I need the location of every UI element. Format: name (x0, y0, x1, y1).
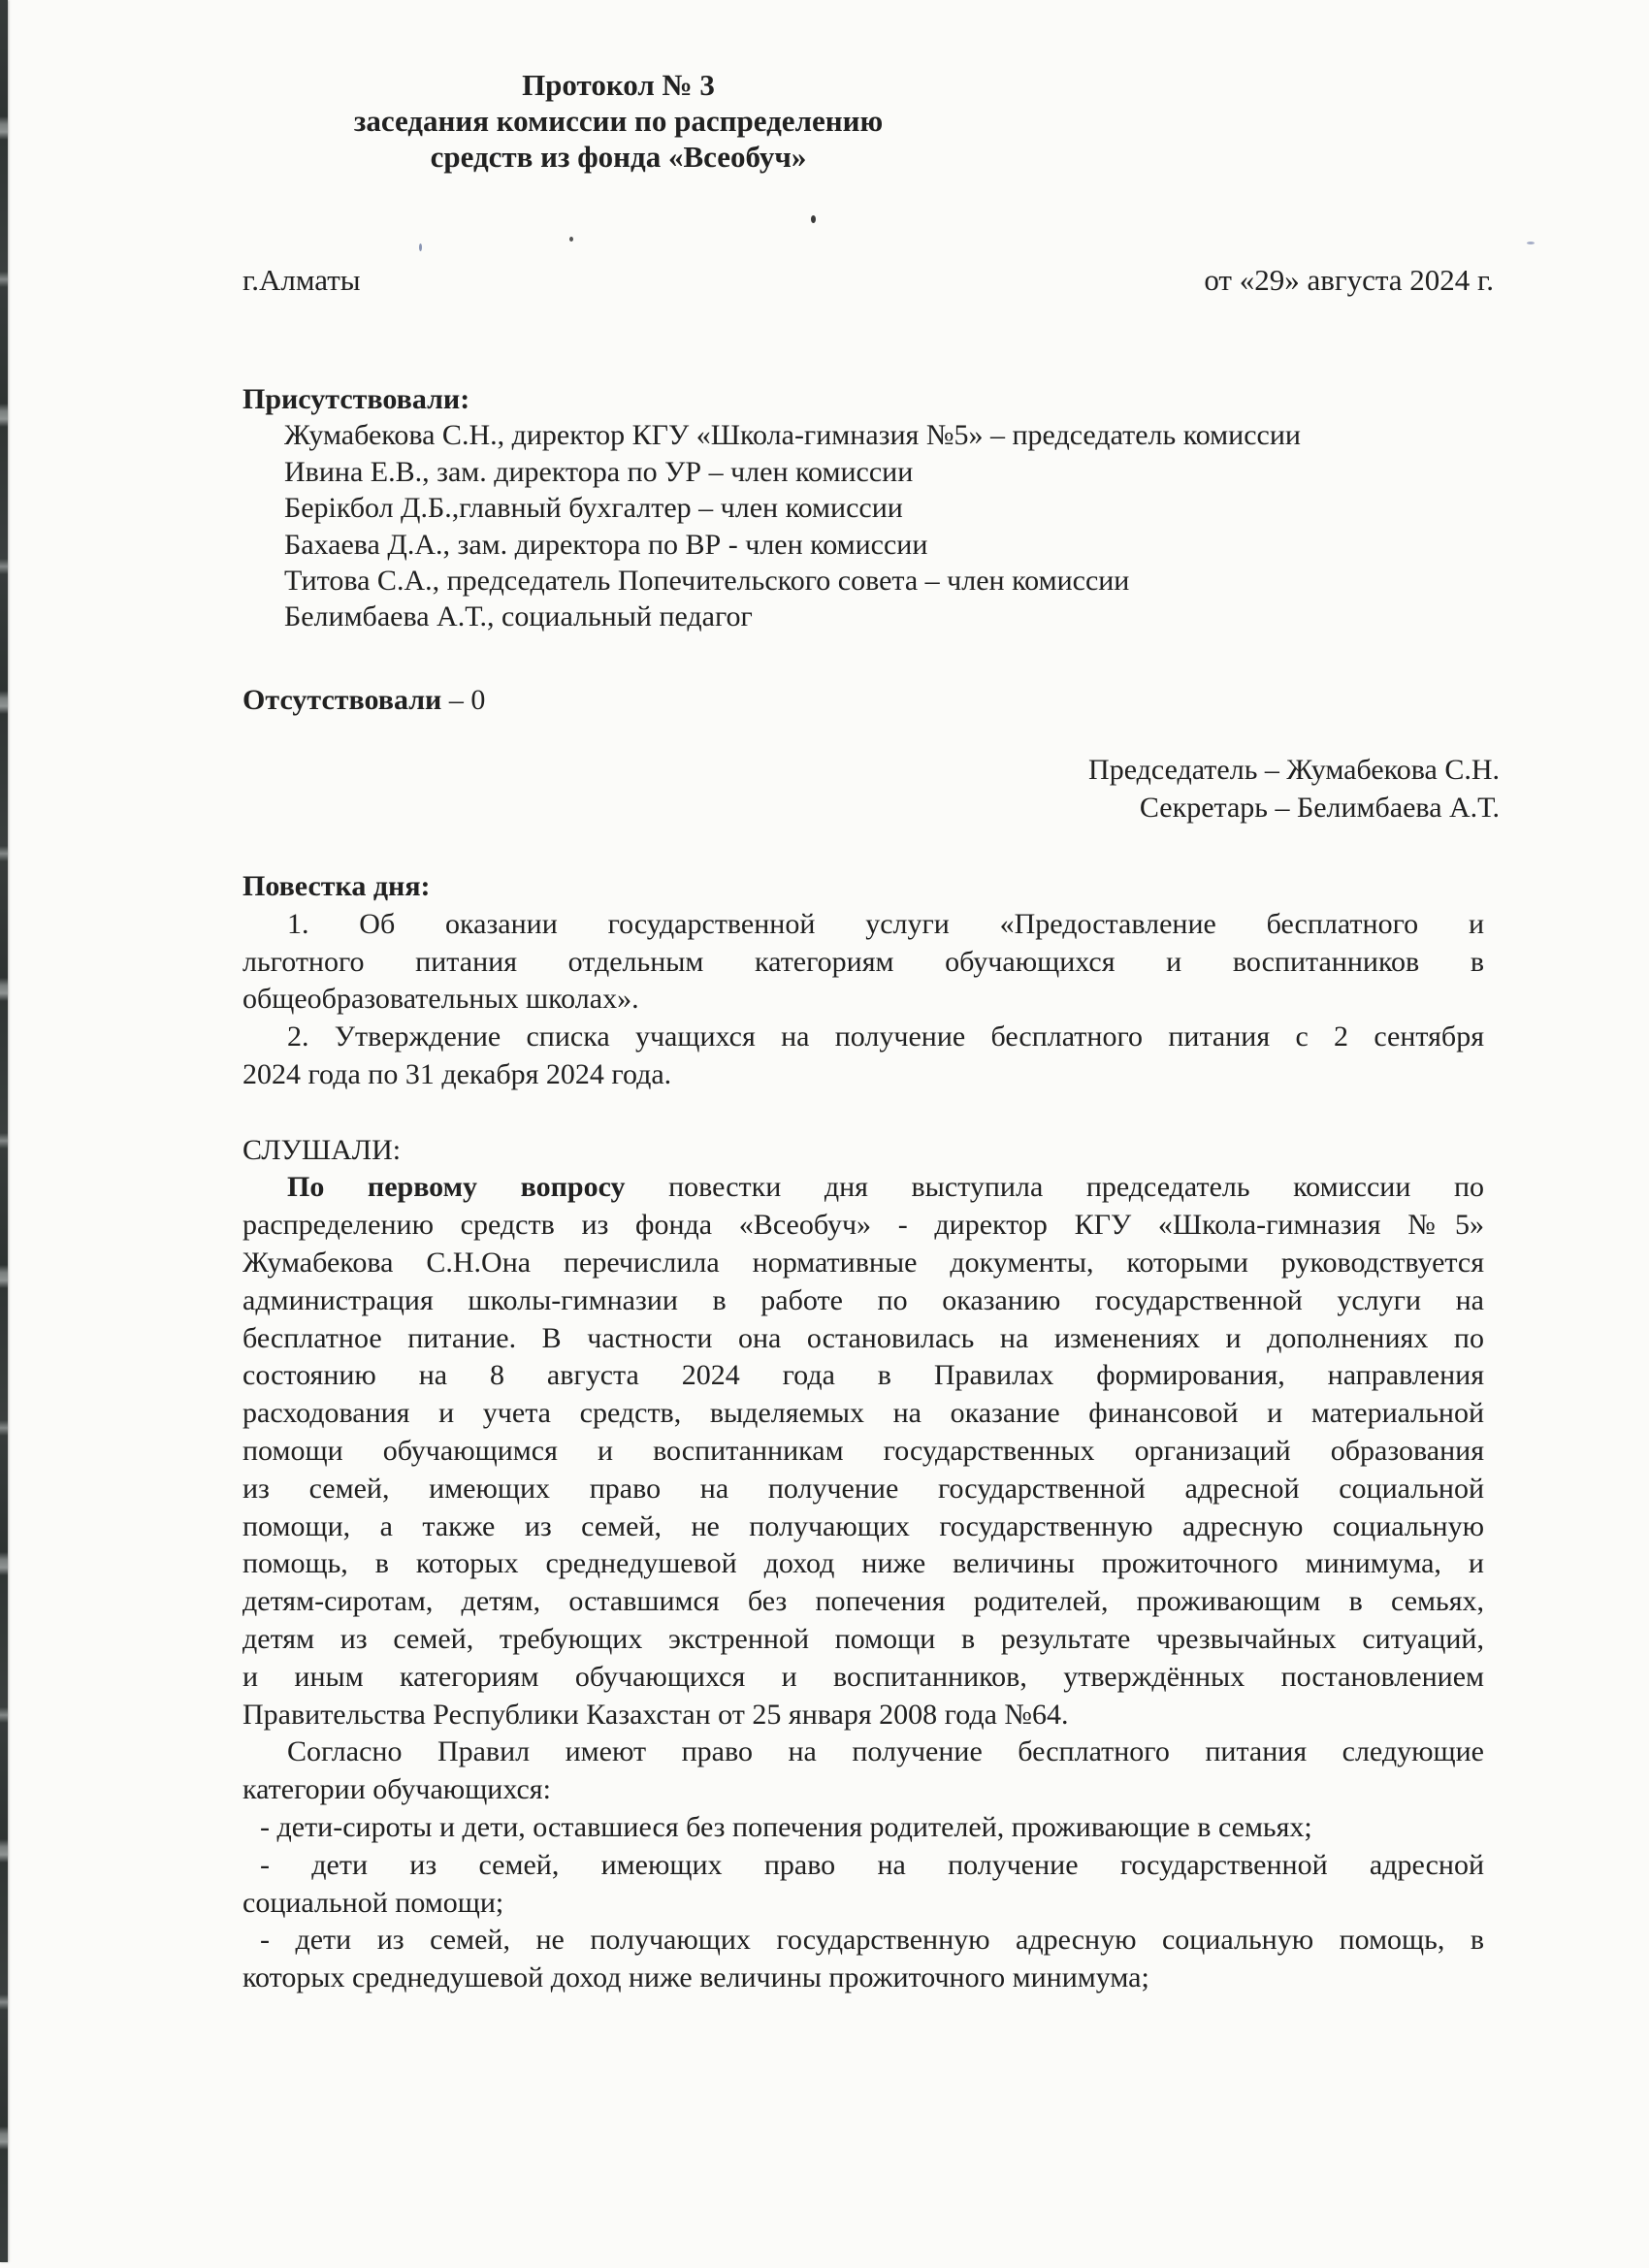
text-line: 2024 года по 31 декабря 2024 года. (242, 1056, 1484, 1094)
slushali-heading: СЛУШАЛИ: (242, 1132, 1484, 1170)
secretary-line: Секретарь – Белимбаева А.Т. (1088, 790, 1500, 827)
text-line: помощи, а также из семей, не получающих … (242, 1508, 1484, 1546)
text-line: состоянию на 8 августа 2024 года в Прави… (242, 1357, 1484, 1395)
text-line: Белимбаева А.Т., социальный педагог (284, 599, 1533, 634)
text-line: - дети из семей, не получающих государст… (242, 1922, 1484, 1960)
category-bullet-2: - дети из семей, имеющих право на получе… (242, 1847, 1484, 1923)
text-line: Берікбол Д.Б.,главный бухгалтер – член к… (284, 490, 1533, 526)
text-line: бесплатное питание. В частности она оста… (242, 1320, 1484, 1358)
agenda-item-1: 1. Об оказании государственной услуги «П… (242, 906, 1484, 1019)
title-line: Протокол № 3 (0, 67, 1237, 103)
text-line: Ивина Е.В., зам. директора по УР – член … (284, 454, 1533, 490)
text-line: 2. Утверждение списка учащихся на получе… (242, 1019, 1484, 1056)
text-line: Титова С.А., председатель Попечительског… (284, 563, 1533, 599)
title-line: заседания комиссии по распределению (0, 103, 1237, 139)
text-line: льготного питания отдельным категориям о… (242, 944, 1484, 982)
agenda-heading: Повестка дня: (242, 868, 1484, 906)
text-line: общеобразовательных школах». (242, 981, 1484, 1019)
text-line: и иным категориям обучающихся и воспитан… (242, 1659, 1484, 1697)
text-line: детям-сиротам, детям, оставшимся без поп… (242, 1583, 1484, 1621)
attendees-list: Жумабекова С.Н., директор КГУ «Школа-гим… (284, 417, 1533, 634)
text-line: помощи обучающимся и воспитанникам госуд… (242, 1433, 1484, 1471)
chairman-line: Председатель – Жумабекова С.Н. (1088, 752, 1500, 790)
meta-row: г.Алматы от «29» августа 2024 г. (242, 262, 1494, 298)
title-line: средств из фонда «Всеобуч» (0, 139, 1237, 175)
text-line: социальной помощи; (242, 1885, 1484, 1923)
scan-speck (811, 215, 816, 223)
text-line: Жумабекова С.Н., директор КГУ «Школа-гим… (284, 417, 1533, 453)
text-line: помощь, в которых среднедушевой доход ни… (242, 1545, 1484, 1583)
scan-speck (419, 243, 422, 251)
speech-paragraph: По первому вопросу повестки дня выступил… (242, 1169, 1484, 1733)
text-line: Согласно Правил имеют право на получение… (242, 1733, 1484, 1771)
scan-speck (569, 237, 573, 242)
paragraph-first-line: По первому вопросу повестки дня выступил… (242, 1169, 1484, 1207)
attendees-section: Присутствовали: Жумабекова С.Н., директо… (242, 381, 1533, 635)
rules-paragraph: Согласно Правил имеют право на получение… (242, 1733, 1484, 1809)
text-line: Жумабекова С.Н.Она перечислила нормативн… (242, 1245, 1484, 1282)
text-line: категории обучающихся: (242, 1771, 1484, 1809)
absent-line: Отсутствовали – 0 (242, 682, 485, 719)
text-line: 1. Об оказании государственной услуги «П… (242, 906, 1484, 944)
text-line: которых среднедушевой доход ниже величин… (242, 1960, 1484, 1997)
absent-label: Отсутствовали (242, 684, 441, 716)
category-bullet-3: - дети из семей, не получающих государст… (242, 1922, 1484, 1997)
scan-speck (1527, 242, 1535, 244)
scan-edge-artifact (0, 0, 8, 2262)
paragraph-lead-rest: повестки дня выступила председатель коми… (626, 1171, 1484, 1203)
officials-block: Председатель – Жумабекова С.Н. Секретарь… (1088, 752, 1500, 826)
category-bullet-1: - дети-сироты и дети, оставшиеся без поп… (242, 1809, 1484, 1847)
attendees-heading: Присутствовали: (242, 381, 1533, 417)
scanned-protocol-page: { "page": { "title_lines": [ "Протокол №… (0, 0, 1649, 2268)
city-label: г.Алматы (242, 262, 361, 298)
text-line: расходования и учета средств, выделяемых… (242, 1395, 1484, 1433)
text-line: - дети из семей, имеющих право на получе… (242, 1847, 1484, 1885)
text-line: детям из семей, требующих экстренной пом… (242, 1621, 1484, 1659)
text-line: распределению средств из фонда «Всеобуч»… (242, 1207, 1484, 1245)
agenda-item-2: 2. Утверждение списка учащихся на получе… (242, 1019, 1484, 1094)
paragraph-lead: По первому вопросу (287, 1171, 626, 1203)
document-body: Повестка дня: 1. Об оказании государстве… (242, 868, 1484, 1997)
text-line: Бахаева Д.А., зам. директора по ВР - чле… (284, 527, 1533, 563)
document-title: Протокол № 3 заседания комиссии по распр… (0, 67, 1237, 175)
text-line: - дети-сироты и дети, оставшиеся без поп… (242, 1809, 1484, 1847)
text-line: администрация школы-гимназии в работе по… (242, 1282, 1484, 1320)
text-line: Правительства Республики Казахстан от 25… (242, 1697, 1484, 1734)
absent-value: – 0 (441, 684, 485, 716)
text-line: из семей, имеющих право на получение гос… (242, 1471, 1484, 1508)
date-label: от «29» августа 2024 г. (1204, 262, 1494, 298)
